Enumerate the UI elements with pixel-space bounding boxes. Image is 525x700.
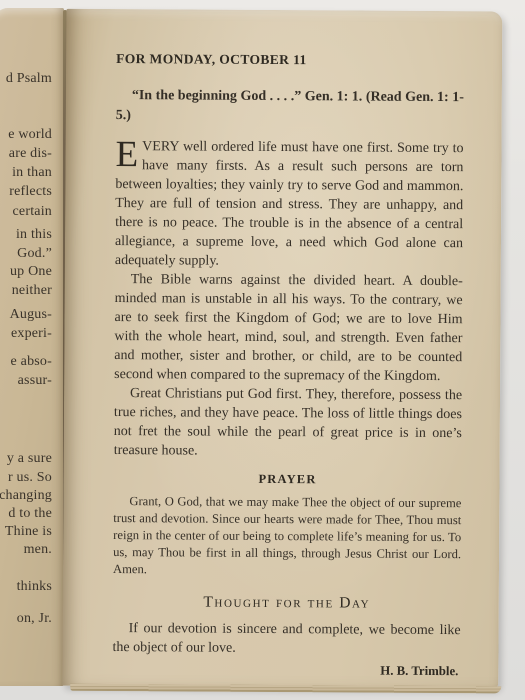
left-page-fragment: are dis- bbox=[9, 146, 52, 162]
devotional-page: FOR MONDAY, OCTOBER 11 “In the beginning… bbox=[62, 9, 502, 689]
left-page-fragment: neither bbox=[12, 283, 52, 299]
left-page-fragment: y a sure bbox=[7, 451, 52, 467]
left-page-fragment: up One bbox=[10, 264, 52, 280]
body-paragraph: EVERY well ordered life must have one fi… bbox=[115, 137, 464, 272]
left-page-fragment: God.” bbox=[17, 246, 52, 262]
page-header-date: FOR MONDAY, OCTOBER 11 bbox=[116, 51, 464, 69]
left-page-fragment: assur- bbox=[18, 373, 52, 389]
left-page-fragment: men. bbox=[24, 542, 52, 558]
left-page: d Psalm e world are dis- in than reflect… bbox=[0, 8, 64, 686]
left-page-fragment: Augus- bbox=[10, 307, 52, 323]
body-paragraph-text: VERY well ordered life must have one fir… bbox=[115, 139, 464, 268]
thought-text: If our devotion is sincere and complete,… bbox=[112, 619, 460, 659]
left-page-fragment: d to the bbox=[8, 506, 52, 522]
author-attribution: H. B. Trimble. bbox=[112, 662, 458, 679]
left-page-fragment: on, Jr. bbox=[17, 611, 52, 627]
prayer-text: Grant, O God, that we may make Thee the … bbox=[113, 493, 462, 580]
left-page-fragment: reflects bbox=[9, 184, 52, 200]
left-page-fragment: thinks bbox=[17, 579, 52, 595]
page-content: FOR MONDAY, OCTOBER 11 “In the beginning… bbox=[62, 9, 502, 689]
scripture-verse: “In the beginning God . . . .” Gen. 1: 1… bbox=[116, 86, 464, 128]
prayer-heading: PRAYER bbox=[113, 471, 461, 488]
left-page-fragment: in than bbox=[12, 165, 52, 181]
left-page-fragment: experi- bbox=[11, 326, 52, 342]
left-page-fragment: in this bbox=[16, 227, 52, 243]
left-page-fragment: e world bbox=[8, 127, 52, 143]
left-page-fragment: certain bbox=[13, 204, 52, 220]
left-page-fragment: e abso- bbox=[11, 354, 52, 370]
left-page-fragment: d Psalm bbox=[6, 71, 52, 87]
book-photo: d Psalm e world are dis- in than reflect… bbox=[0, 0, 525, 700]
left-page-fragment: changing bbox=[0, 488, 52, 504]
dropcap-initial: E bbox=[115, 137, 142, 170]
left-page-fragment: Thine is bbox=[5, 524, 52, 540]
thought-for-the-day-heading: Thought for the Day bbox=[113, 593, 461, 613]
body-paragraph: The Bible warns against the divided hear… bbox=[114, 270, 463, 386]
body-paragraph: Great Christians put God first. They, th… bbox=[114, 384, 462, 462]
left-page-fragment: r us. So bbox=[8, 470, 52, 486]
